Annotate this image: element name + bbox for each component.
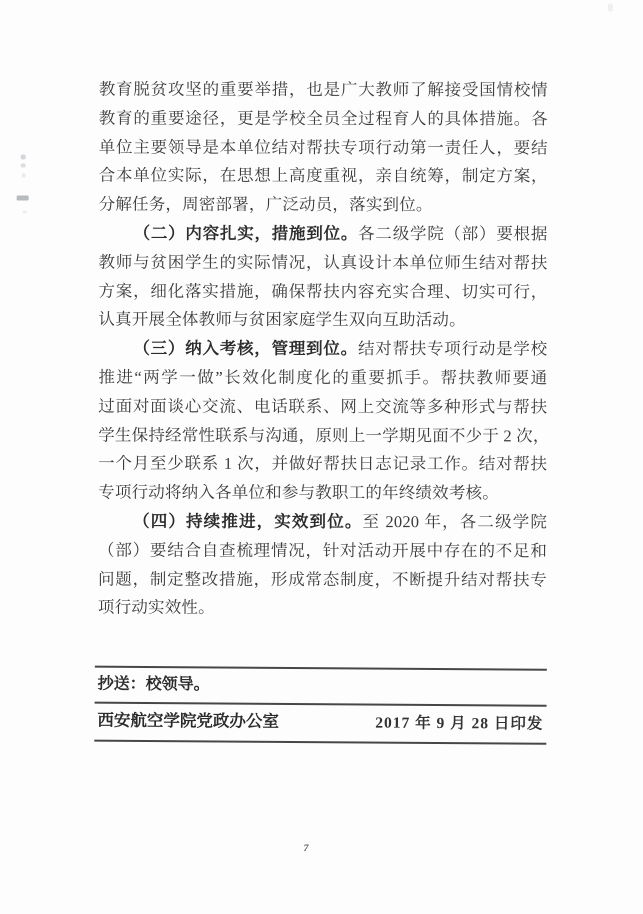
text-line: 过面对面谈心交流、电话联系、网上交流等多种形式与帮扶 xyxy=(98,392,547,422)
text-line: 分解任务，周密部署，广泛动员，落实到位。 xyxy=(99,191,548,221)
scanned-content: 教育脱贫攻坚的重要举措，也是广大教师了解接受国情校情 教育的重要途径，更是学校全… xyxy=(0,0,643,1)
text-run: 至 2020 年，各二级学院 xyxy=(362,512,547,531)
body-text: 教育脱贫攻坚的重要举措，也是广大教师了解接受国情校情 教育的重要途径，更是学校全… xyxy=(98,76,548,624)
issuing-office: 西安航空学院党政办公室 xyxy=(97,710,279,732)
text-line: 方案，细化落实措施，确保帮扶内容充实合理、切实可行， xyxy=(98,277,547,307)
copy-to-line: 抄送：校领导。 xyxy=(95,668,547,705)
paragraph: （三）纳入考核，管理到位。结对帮扶专项行动是学校 推进“两学一做”长效化制度化的… xyxy=(98,335,547,509)
page-number: 7 xyxy=(304,843,309,854)
document-colophon: 抄送：校领导。 西安航空学院党政办公室 2017 年 9 月 28 日印发 xyxy=(94,666,547,745)
scan-artifact xyxy=(22,173,26,177)
text-line: （四）持续推进，实效到位。至 2020 年，各二级学院 xyxy=(98,508,547,538)
text-line: 专项行动将纳入各单位和参与教职工的年终绩效考核。 xyxy=(98,479,547,509)
text-line: 学生保持经常性联系与沟通，原则上一学期见面不少于 2 次， xyxy=(98,421,547,451)
text-run: 结对帮扶专项行动是学校 xyxy=(358,339,547,358)
text-line: 一个月至少联系 1 次，并做好帮扶日志记录工作。结对帮扶 xyxy=(98,450,547,480)
print-date: 2017 年 9 月 28 日印发 xyxy=(375,712,543,734)
text-line: 教育脱贫攻坚的重要举措，也是广大教师了解接受国情校情 xyxy=(99,76,548,106)
scan-artifact xyxy=(21,154,26,159)
text-line: 推进“两学一做”长效化制度化的重要抓手。帮扶教师要通 xyxy=(98,364,547,394)
issuer-row: 西安航空学院党政办公室 2017 年 9 月 28 日印发 xyxy=(94,703,546,742)
scan-artifact xyxy=(21,163,26,167)
scan-artifact xyxy=(23,210,27,213)
scan-artifact xyxy=(17,195,29,200)
paragraph: 教育脱贫攻坚的重要举措，也是广大教师了解接受国情校情 教育的重要途径，更是学校全… xyxy=(99,76,548,221)
section-heading: （二）内容扎实，措施到位。 xyxy=(134,224,359,243)
text-line: （部）要结合自查梳理情况，针对活动开展中存在的不足和 xyxy=(98,536,547,566)
text-line: 教师与贫困学生的实际情况，认真设计本单位师生结对帮扶 xyxy=(99,248,548,278)
text-line: 项行动实效性。 xyxy=(98,594,547,624)
text-line: 单位主要领导是本单位结对帮扶专项行动第一责任人，要结 xyxy=(99,133,548,163)
scan-artifact xyxy=(608,4,613,12)
paragraph: （四）持续推进，实效到位。至 2020 年，各二级学院 （部）要结合自查梳理情况… xyxy=(98,508,547,624)
paragraph: （二）内容扎实，措施到位。各二级学院（部）要根据 教师与贫困学生的实际情况，认真… xyxy=(98,220,547,336)
text-line: 合本单位实际，在思想上高度重视，亲自统筹，制定方案， xyxy=(99,162,548,192)
section-heading: （四）持续推进，实效到位。 xyxy=(133,512,362,531)
text-line: 认真开展全体教师与贫困家庭学生双向互助活动。 xyxy=(98,306,547,336)
section-heading: （三）纳入考核，管理到位。 xyxy=(133,339,358,358)
text-line: （二）内容扎实，措施到位。各二级学院（部）要根据 xyxy=(99,220,548,250)
text-line: 问题，制定整改措施，形成常态制度，不断提升结对帮扶专 xyxy=(98,565,547,595)
text-line: 教育的重要途径，更是学校全员全过程育人的具体措施。各 xyxy=(99,104,548,134)
document-page: 教育脱贫攻坚的重要举措，也是广大教师了解接受国情校情 教育的重要途径，更是学校全… xyxy=(0,0,643,914)
text-run: 各二级学院（部）要根据 xyxy=(358,224,547,243)
text-line: （三）纳入考核，管理到位。结对帮扶专项行动是学校 xyxy=(98,335,547,365)
